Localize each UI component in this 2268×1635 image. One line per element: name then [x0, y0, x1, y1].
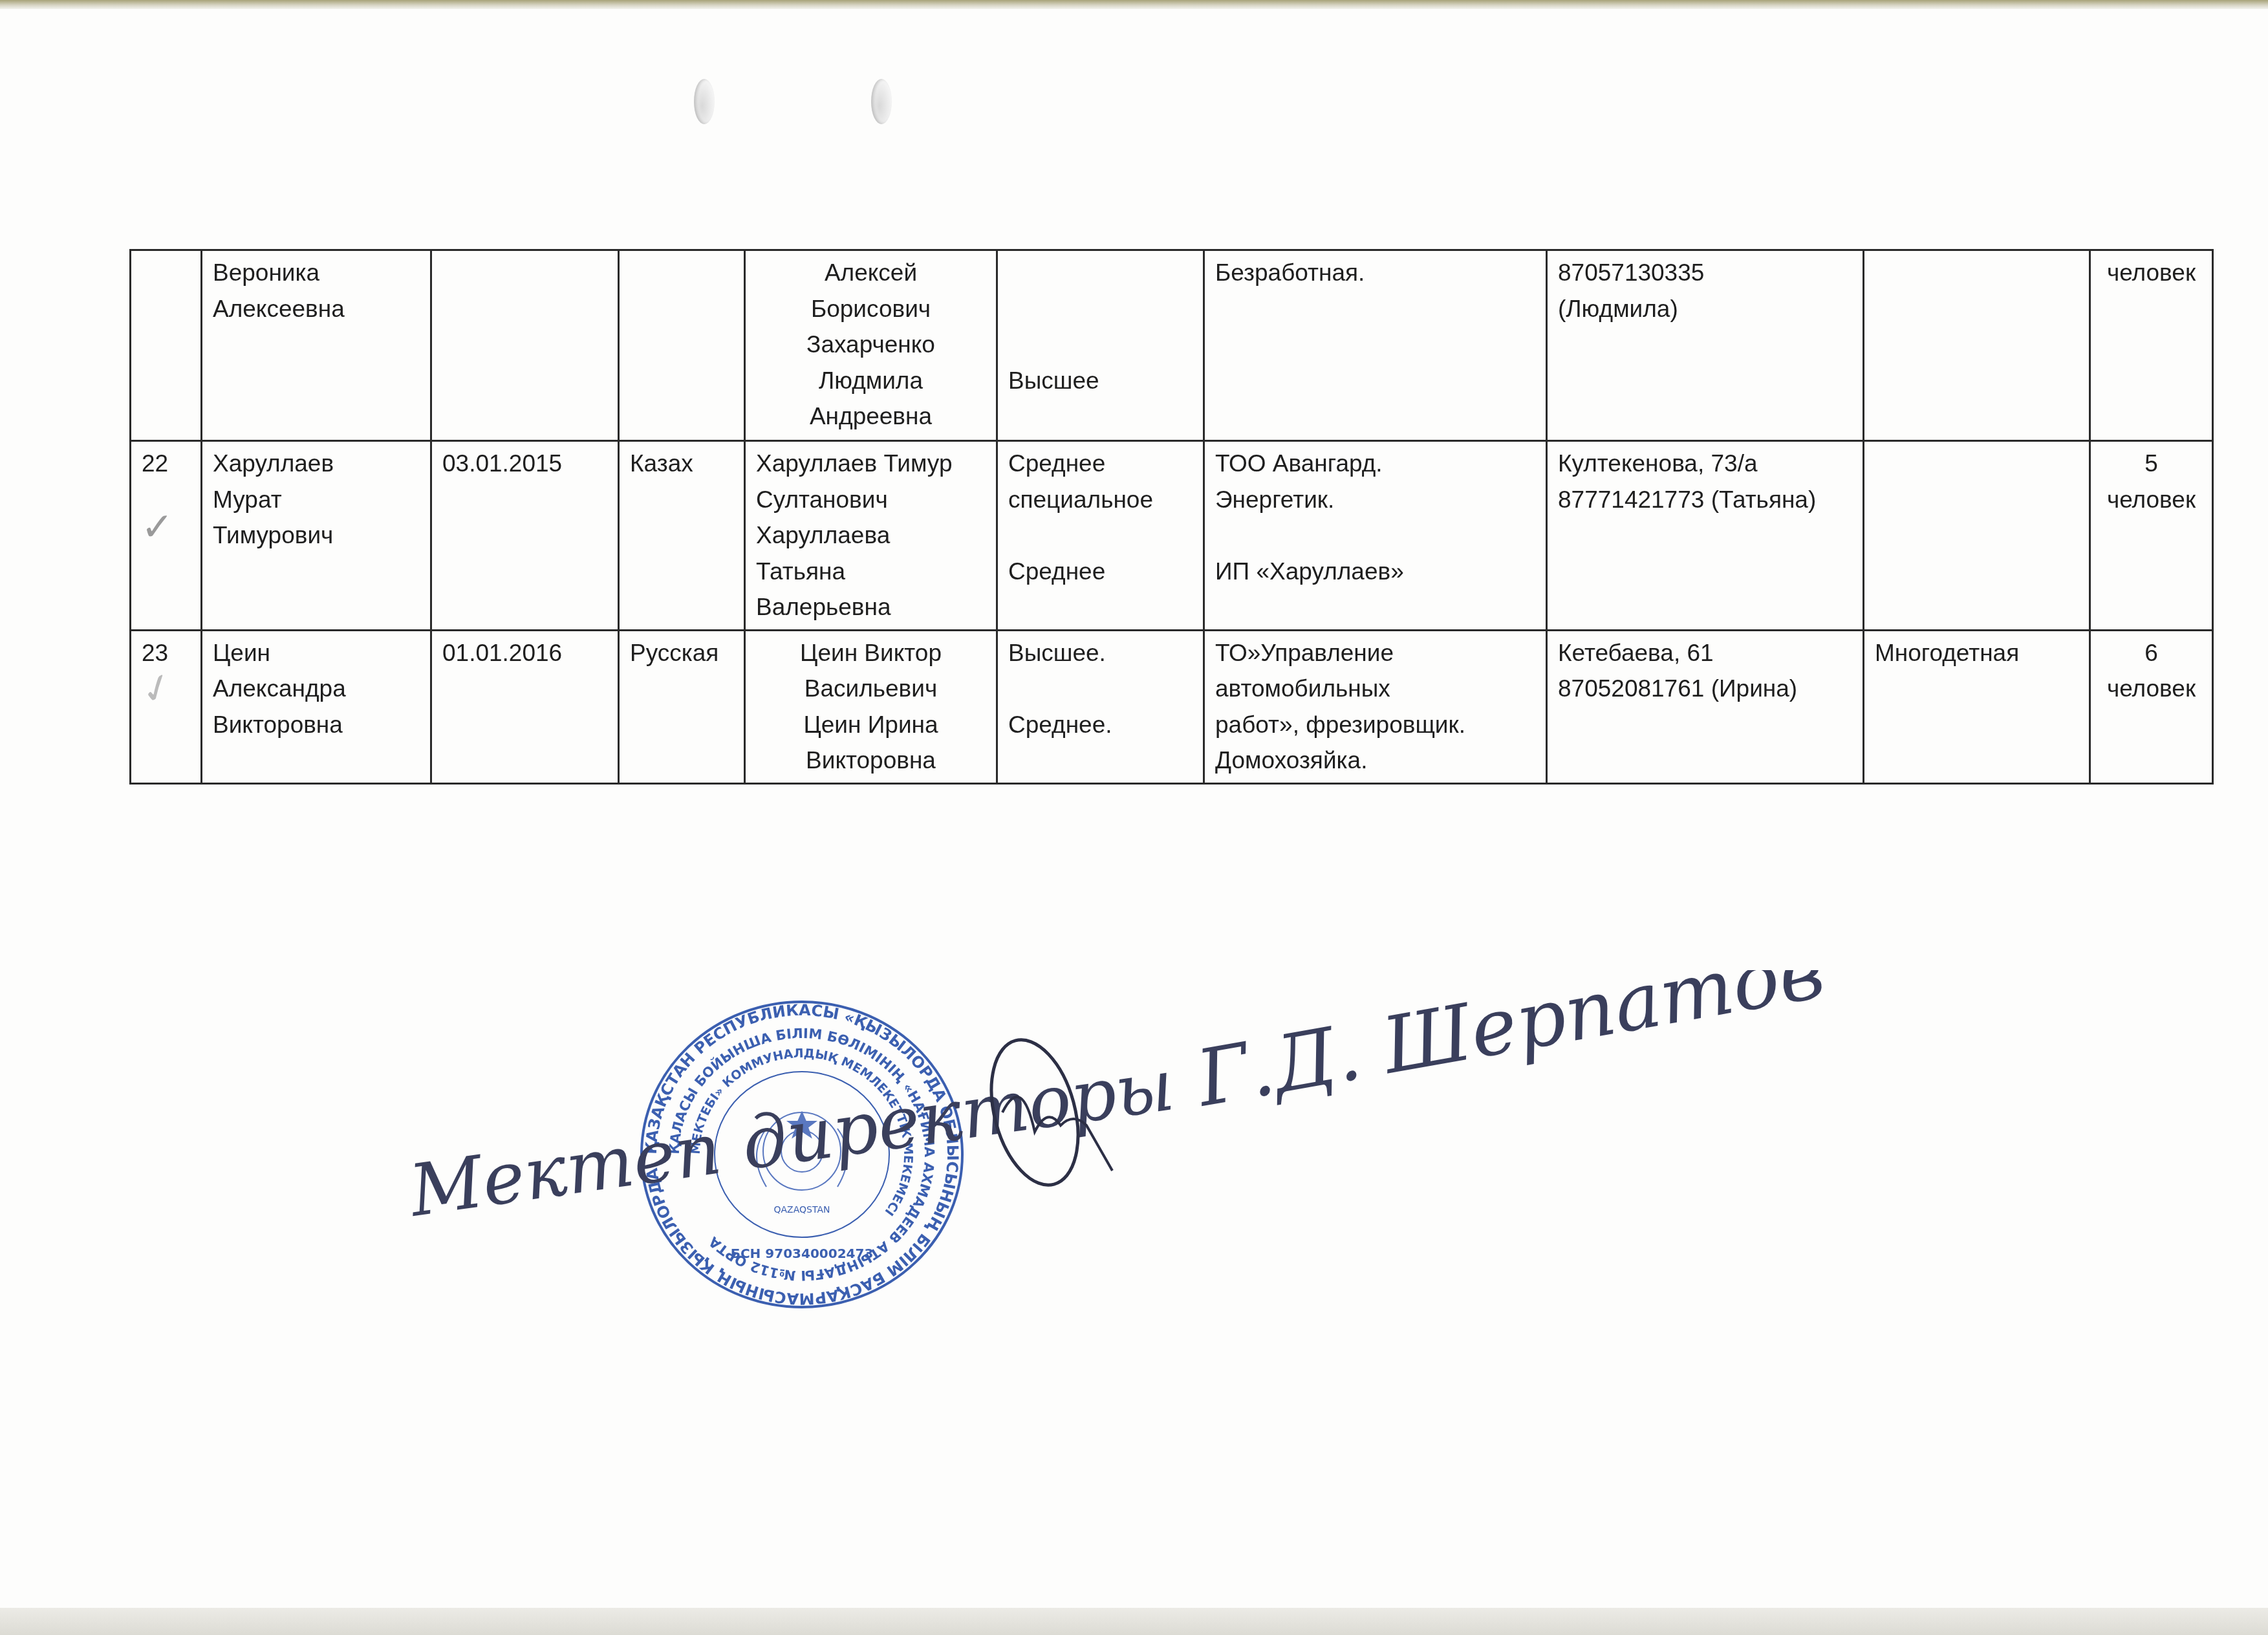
signature-name: Г.Д. Шерпатов — [1189, 970, 1824, 1125]
cell-birth-date — [431, 250, 619, 441]
cell-birth-date: 01.01.2016 — [431, 630, 619, 783]
cell-social-status: Многодетная — [1864, 630, 2090, 783]
cell-nationality: Русская — [619, 630, 745, 783]
cell-social-status — [1864, 441, 2090, 631]
table-row: 23 Цеин Александра Викторовна 01.01.2016… — [131, 630, 2213, 783]
cell-contact: Кетебаева, 61 87052081761 (Ирина) — [1547, 630, 1864, 783]
cell-nationality: Казах — [619, 441, 745, 631]
cell-family-size: человек — [2090, 250, 2213, 441]
cell-family-size: 5 человек — [2090, 441, 2213, 631]
cell-parents: Цеин Виктор Васильевич Цеин Ирина Виктор… — [745, 630, 997, 783]
table-row: Вероника Алексеевна Алексей Борисович За… — [131, 250, 2213, 441]
cell-education: Высшее — [997, 250, 1204, 441]
cell-child-name: Вероника Алексеевна — [202, 250, 431, 441]
cell-child-name: Цеин Александра Викторовна — [202, 630, 431, 783]
cell-work: ТО»Управление автомобильных работ», фрез… — [1204, 630, 1547, 783]
director-signature: Мектеп директоры Г.Д. Шерпатов — [401, 970, 1824, 1242]
table-row: 22 Харуллаев Мурат Тимурович 03.01.2015 … — [131, 441, 2213, 631]
checkmark-icon: ✓ — [141, 504, 173, 550]
cell-education: Среднее специальное Среднее — [997, 441, 1204, 631]
cell-birth-date: 03.01.2015 — [431, 441, 619, 631]
families-table: Вероника Алексеевна Алексей Борисович За… — [129, 249, 2214, 785]
stamp-bin: БСН 970340002473 — [731, 1246, 874, 1261]
punch-hole — [694, 79, 715, 124]
cell-family-size: 6 человек — [2090, 630, 2213, 783]
cell-social-status — [1864, 250, 2090, 441]
cell-contact: Култекенова, 73/а 87771421773 (Татьяна) — [1547, 441, 1864, 631]
cell-work: Безработная. — [1204, 250, 1547, 441]
cell-contact: 87057130335 (Людмила) — [1547, 250, 1864, 441]
cell-work: ТОО Авангард. Энергетик. ИП «Харуллаев» — [1204, 441, 1547, 631]
scan-top-edge — [0, 0, 2268, 9]
cell-child-name: Харуллаев Мурат Тимурович — [202, 441, 431, 631]
cell-education: Высшее. Среднее. — [997, 630, 1204, 783]
cell-num — [131, 250, 202, 441]
scan-bottom-edge — [0, 1608, 2268, 1635]
cell-parents: Харуллаев Тимур Султанович Харуллаева Та… — [745, 441, 997, 631]
cell-parents: Алексей Борисович Захарченко Людмила Анд… — [745, 250, 997, 441]
punch-hole — [871, 79, 892, 124]
cell-nationality — [619, 250, 745, 441]
